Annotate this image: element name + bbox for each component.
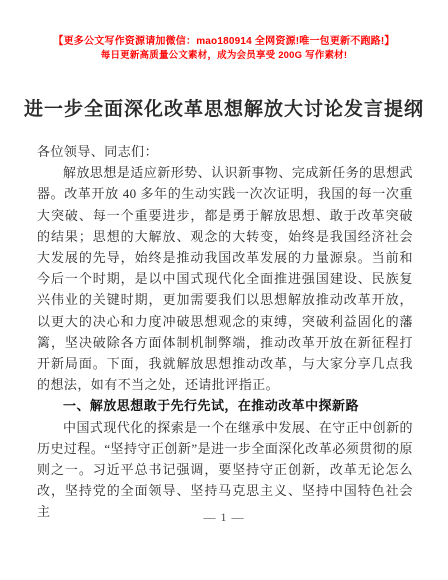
promo-banner: 【更多公文写作资源请加微信：mao180914 全网资源!唯一包更新不跑路!】 … [0,34,448,63]
section-heading-1: 一、解放思想敢于先行先试，在推动改革中探新路 [37,395,413,416]
paragraph-2: 中国式现代化的探索是一个在继承中发展、在守正中创新的历史过程。“坚持守正创新”是… [37,417,413,523]
greeting-line: 各位领导、同志们： [37,141,413,162]
document-title: 进一步全面深化改革思想解放大讨论发言提纲 [0,94,448,121]
promo-banner-line1: 【更多公文写作资源请加微信：mao180914 全网资源!唯一包更新不跑路!】 [0,34,448,49]
paragraph-1: 解放思想是适应新形势、认识新事物、完成新任务的思想武器。改革开放 40 多年的生… [37,162,413,395]
page-number: — 1 — [0,510,448,525]
document-body: 各位领导、同志们： 解放思想是适应新形势、认识新事物、完成新任务的思想武器。改革… [37,141,413,523]
promo-banner-line2: 每日更新高质量公文素材，成为会员享受 200G 写作素材! [0,49,448,63]
document-page: 【更多公文写作资源请加微信：mao180914 全网资源!唯一包更新不跑路!】 … [0,0,448,580]
